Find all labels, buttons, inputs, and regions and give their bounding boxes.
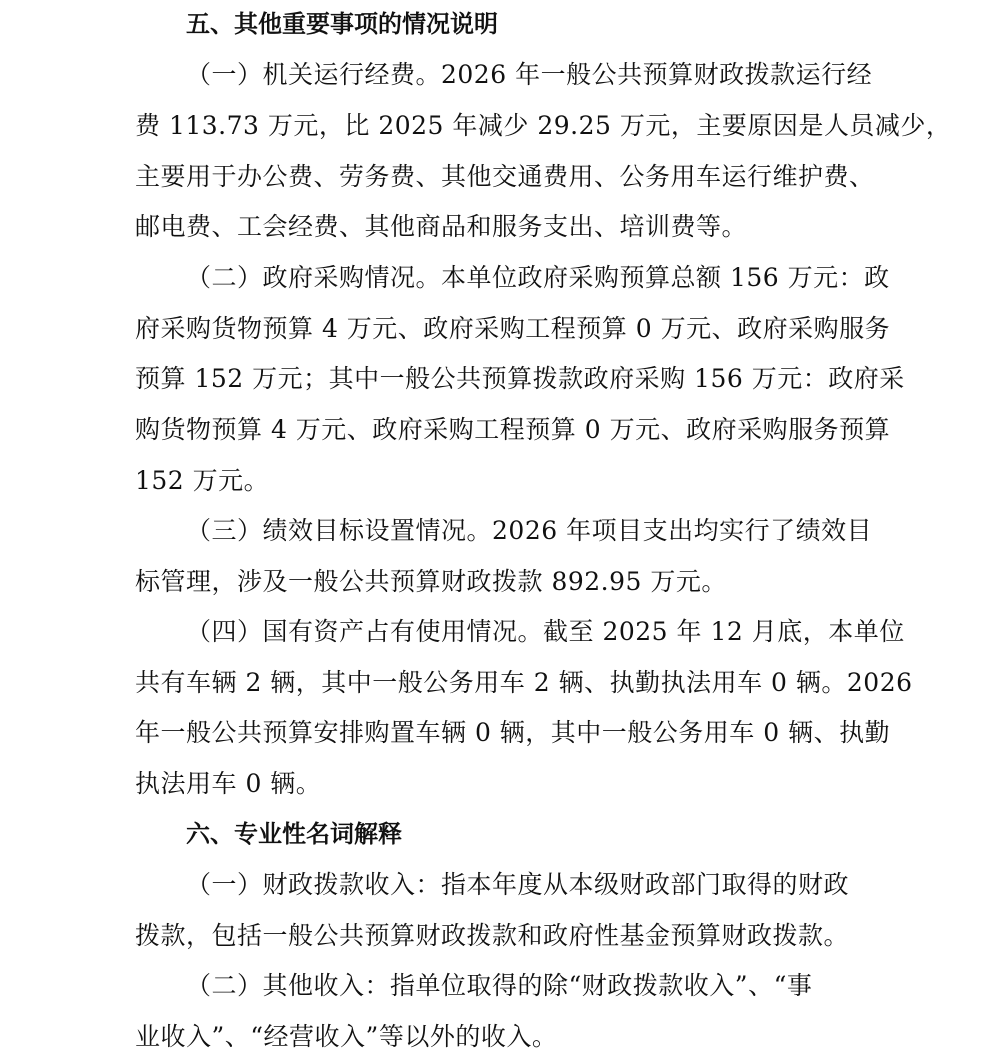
paragraph-line: 执法用车 0 辆。 <box>135 764 900 804</box>
paragraph-line: 购货物预算 4 万元、政府采购工程预算 0 万元、政府采购服务预算 <box>135 410 900 450</box>
paragraph-line: （四）国有资产占有使用情况。截至 2025 年 12 月底，本单位 <box>186 612 951 652</box>
paragraph-line: 费 113.73 万元，比 2025 年减少 29.25 万元，主要原因是人员减… <box>135 106 900 146</box>
paragraph-line: （二）其他收入：指单位取得的除“财政拨款收入”、“事 <box>186 966 951 1006</box>
document-page: 五、其他重要事项的情况说明 （一）机关运行经费。2026 年一般公共预算财政拨款… <box>0 0 1000 1053</box>
paragraph-line: 拨款，包括一般公共预算财政拨款和政府性基金预算财政拨款。 <box>135 916 900 956</box>
paragraph-line: （一）财政拨款收入：指本年度从本级财政部门取得的财政 <box>186 865 951 905</box>
paragraph-line: 152 万元。 <box>135 461 900 501</box>
paragraph-line: （二）政府采购情况。本单位政府采购预算总额 156 万元：政 <box>186 258 951 298</box>
paragraph-line: 邮电费、工会经费、其他商品和服务支出、培训费等。 <box>135 207 900 247</box>
paragraph-line: 业收入”、“经营收入”等以外的收入。 <box>135 1017 900 1053</box>
paragraph-line: （一）机关运行经费。2026 年一般公共预算财政拨款运行经 <box>186 55 951 95</box>
section-heading-other-matters: 五、其他重要事项的情况说明 <box>186 4 498 44</box>
paragraph-line: 共有车辆 2 辆，其中一般公务用车 2 辆、执勤执法用车 0 辆。2026 <box>135 663 900 703</box>
paragraph-line: 府采购货物预算 4 万元、政府采购工程预算 0 万元、政府采购服务 <box>135 309 900 349</box>
paragraph-line: 标管理，涉及一般公共预算财政拨款 892.95 万元。 <box>135 562 900 602</box>
paragraph-line: 年一般公共预算安排购置车辆 0 辆，其中一般公务用车 0 辆、执勤 <box>135 713 900 753</box>
paragraph-line: 预算 152 万元；其中一般公共预算拨款政府采购 156 万元：政府采 <box>135 359 900 399</box>
paragraph-line: 主要用于办公费、劳务费、其他交通费用、公务用车运行维护费、 <box>135 157 900 197</box>
section-heading-terminology: 六、专业性名词解释 <box>186 814 402 854</box>
paragraph-line: （三）绩效目标设置情况。2026 年项目支出均实行了绩效目 <box>186 511 951 551</box>
